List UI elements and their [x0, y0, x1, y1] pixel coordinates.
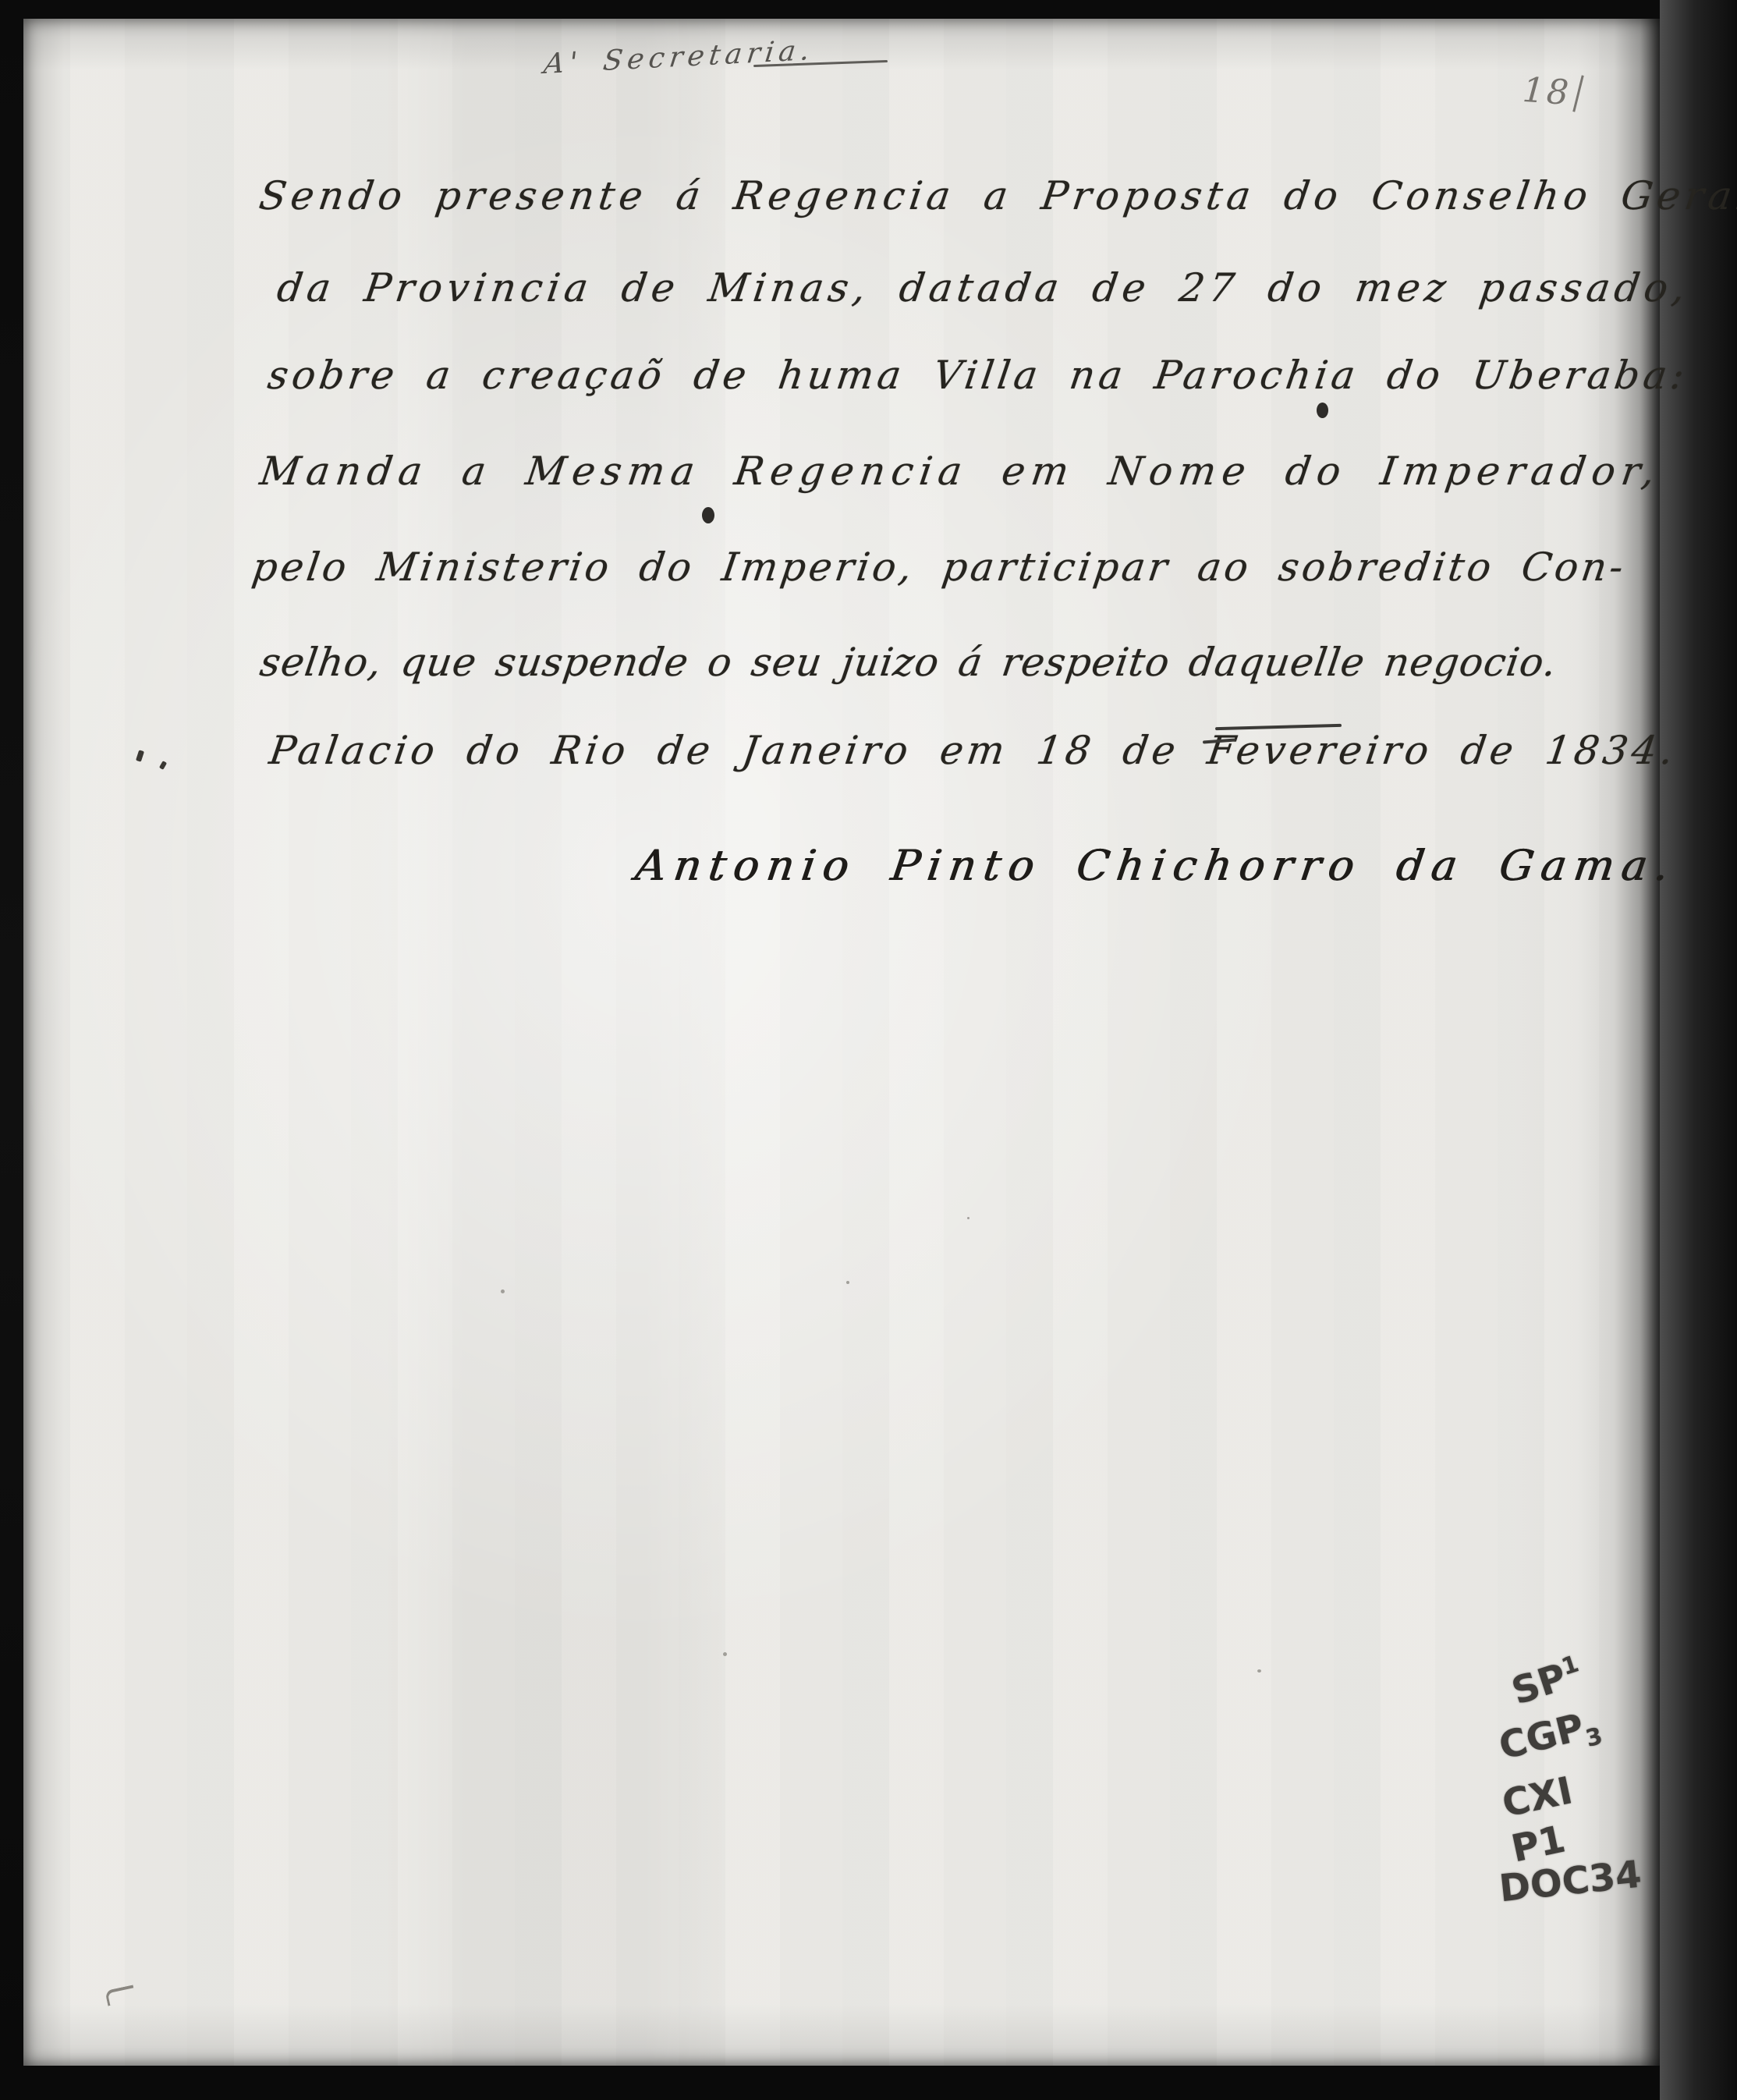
document-scan: A' Secretaria. 18 Sendo presente á Regen…	[0, 0, 1737, 2100]
scan-edge-band	[1660, 0, 1737, 2100]
dust-speck	[967, 1217, 970, 1219]
manuscript-line-4: Manda a Mesma Regencia em Nome do Impera…	[257, 449, 1664, 494]
dust-speck	[501, 1289, 505, 1293]
page-number: 18	[1521, 70, 1572, 113]
dust-speck	[846, 1281, 849, 1284]
manuscript-line-1: Sendo presente á Regencia a Proposta do …	[257, 173, 1737, 218]
manuscript-line-5: pelo Ministerio do Imperio, participar a…	[250, 545, 1629, 590]
paper-sheet	[23, 19, 1660, 2066]
dust-speck	[1257, 1669, 1261, 1673]
manuscript-line-7: Palacio do Rio de Janeiro em 18 de Fever…	[267, 728, 1680, 773]
manuscript-line-6: selho, que suspende o seu juizo á respei…	[257, 640, 1560, 685]
ink-dot	[702, 507, 714, 523]
ink-dot	[1317, 403, 1328, 418]
signature: Antonio Pinto Chichorro da Gama.	[633, 841, 1679, 890]
manuscript-line-3: sobre a creaçaõ de huma Villa na Parochi…	[265, 353, 1691, 398]
dust-speck	[723, 1652, 727, 1656]
manuscript-line-2: da Provincia de Minas, datada de 27 do m…	[275, 265, 1693, 310]
